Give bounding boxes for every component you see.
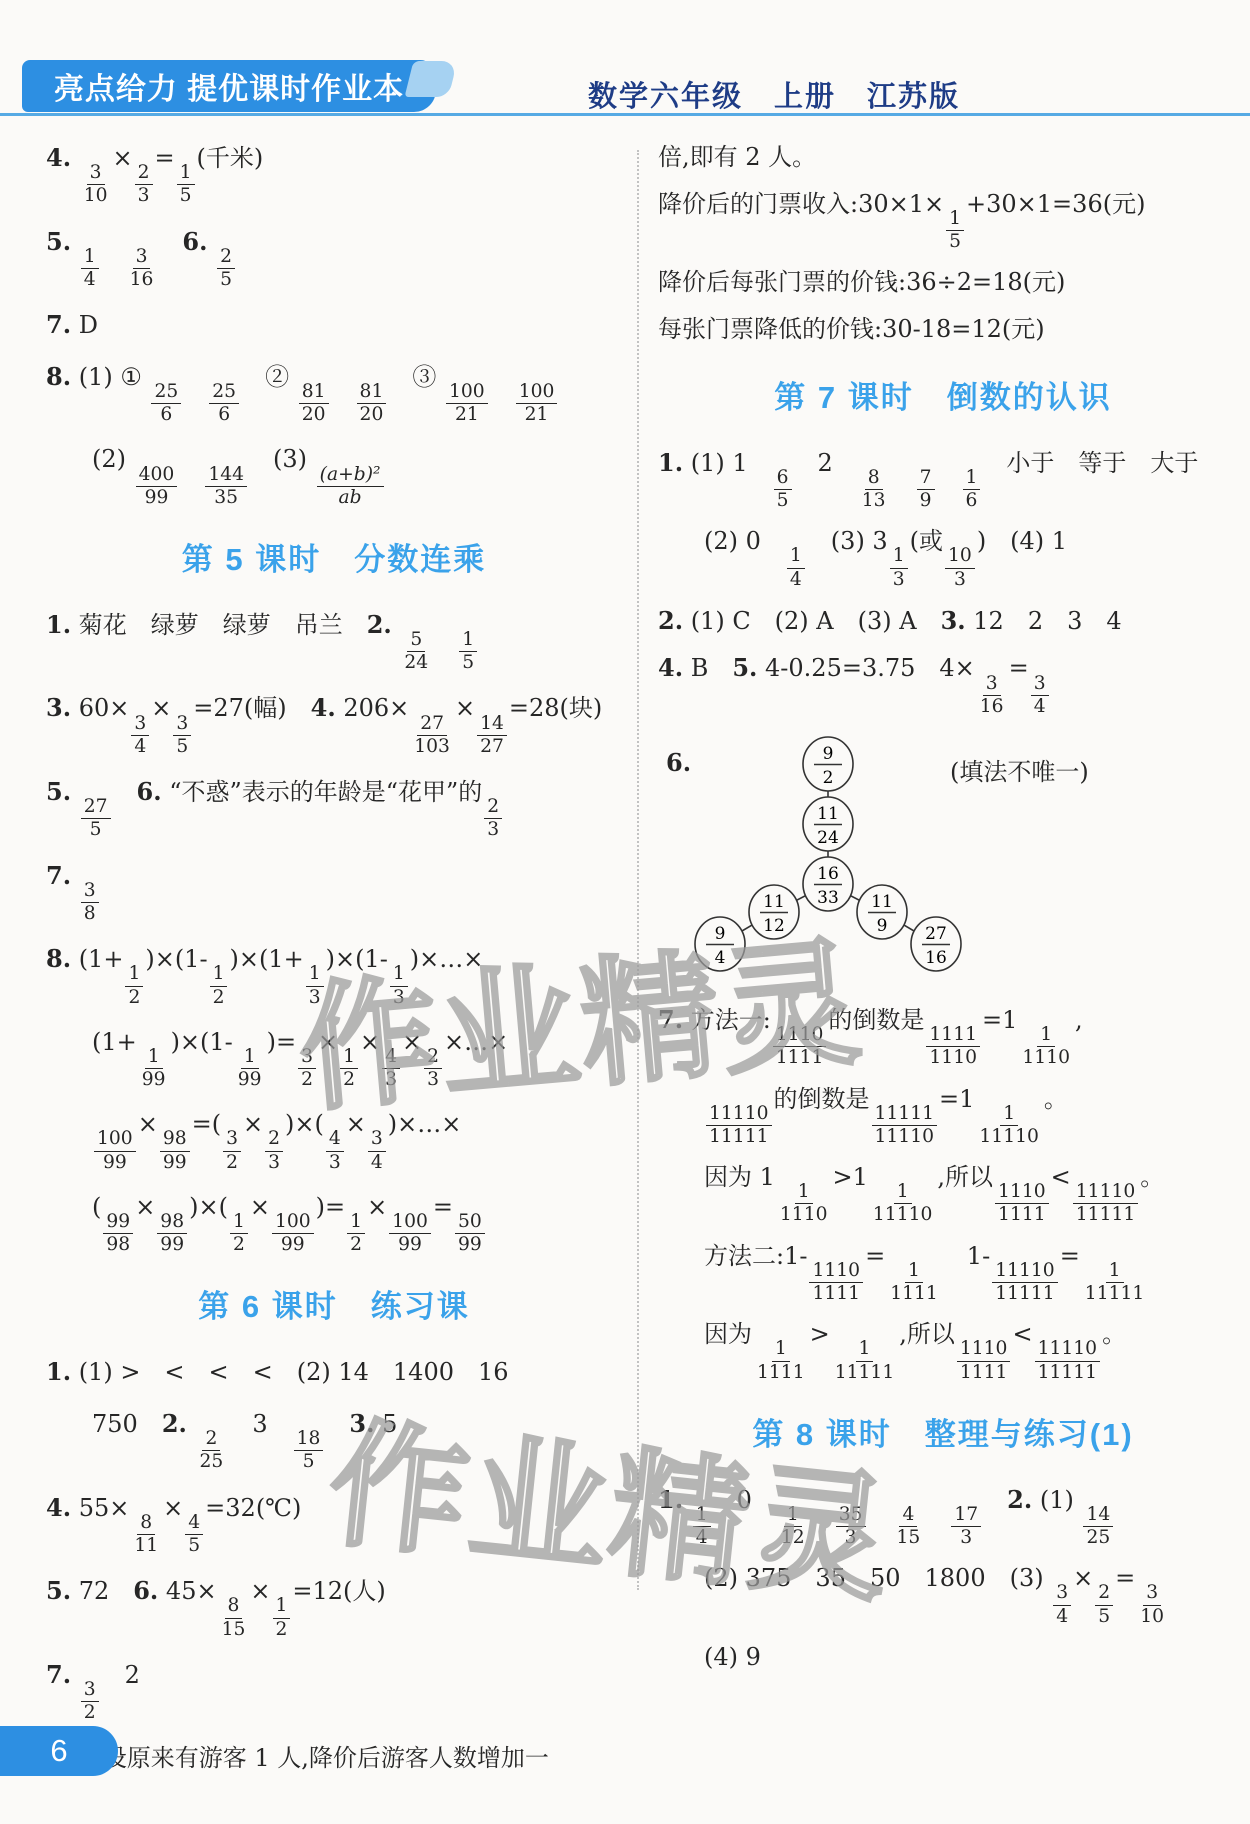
- fraction: 111111: [1082, 1261, 1148, 1304]
- answer-line: 1. (1) > < < < (2) 14 1400 16: [46, 1356, 622, 1389]
- answer-line: 750 2. 225 3 185 3. 5: [46, 1408, 622, 1473]
- answer-line: 4. B 5. 4-0.25=3.75 4×316=34: [658, 652, 1228, 717]
- fraction: 12: [340, 1047, 358, 1090]
- fraction: 32: [81, 1680, 99, 1723]
- item-number: 6.: [182, 227, 207, 256]
- tree-node: 92: [803, 737, 853, 791]
- fraction: 11101111: [957, 1339, 1011, 1382]
- answer-line: (9998×9899)×(12×10099)=12×10099=5099: [46, 1192, 622, 1256]
- item-number: 1.: [46, 610, 71, 639]
- fraction: 34: [1031, 674, 1049, 717]
- fraction: 23: [265, 1129, 283, 1172]
- answer-section: 1. 14 0 112 353 415 173 2. (1) 1425(2) 3…: [658, 1484, 1228, 1674]
- fraction: 43: [326, 1129, 344, 1172]
- section-heading: 第 5 课时 分数连乘: [46, 534, 622, 579]
- answer-line: 7. D: [46, 309, 622, 342]
- answer-line: 5. 14 316 6. 25: [46, 226, 622, 291]
- fraction: 9899: [160, 1129, 190, 1172]
- fraction: 316: [977, 674, 1007, 717]
- svg-text:16: 16: [817, 864, 839, 884]
- svg-text:4: 4: [715, 948, 726, 968]
- edition-title: 数学六年级 上册 江苏版: [588, 74, 960, 115]
- item-number: 7.: [46, 310, 71, 339]
- svg-text:27: 27: [925, 924, 947, 944]
- answer-line: 5. 275 6. “不惑”表示的年龄是“花甲”的23: [46, 776, 622, 841]
- fraction: 353: [836, 1505, 866, 1548]
- answer-line: 7. 方法一:11101111的倒数是11111110=111110,: [658, 1004, 1228, 1069]
- fraction: 79: [917, 468, 935, 511]
- section-heading: 第 7 课时 倒数的认识: [658, 372, 1228, 417]
- fraction: 813: [859, 468, 889, 511]
- fraction: 310: [81, 163, 111, 206]
- right-column: 倍,即有 2 人。降价后的门票收入:30×1×15+30×1=36(元)降价后每…: [658, 142, 1228, 1689]
- fraction: 310: [1137, 1583, 1167, 1626]
- answer-line: 倍,即有 2 人。: [658, 142, 1228, 174]
- item-number: 8.: [46, 944, 71, 973]
- fraction: 12: [347, 1212, 365, 1255]
- fraction: 111110: [870, 1182, 936, 1225]
- answer-line: 10099×9899=(32×23)×(43×34)×…×: [46, 1109, 622, 1173]
- fraction: 199: [139, 1047, 169, 1090]
- fraction: 11110: [777, 1182, 831, 1225]
- fraction: 27103: [411, 714, 453, 757]
- item-number: 3.: [941, 606, 966, 635]
- fraction: 8120: [357, 382, 387, 425]
- fraction: 199: [235, 1047, 265, 1090]
- fraction: 25: [217, 247, 235, 290]
- fraction: 34: [131, 714, 149, 757]
- fraction: 173: [951, 1505, 981, 1548]
- svg-text:9: 9: [823, 744, 834, 764]
- page-number-badge: 6: [0, 1726, 118, 1776]
- answer-line: 8. (1) ① 256 256 ② 8120 8120 ③ 10021 100…: [46, 361, 622, 426]
- svg-text:2: 2: [823, 768, 834, 788]
- tree-node: 1633: [803, 857, 853, 911]
- fraction: 43: [382, 1047, 400, 1090]
- item-number: 3.: [349, 1409, 374, 1438]
- item-number: 1.: [658, 1485, 683, 1514]
- item-number: 2.: [658, 606, 683, 635]
- fraction: 15: [946, 209, 964, 252]
- item-number: 5.: [732, 653, 757, 682]
- fraction: 14435: [205, 465, 247, 508]
- fraction: 14: [693, 1505, 711, 1548]
- item-number: 4.: [46, 1493, 71, 1522]
- item-number: 5.: [46, 777, 71, 806]
- fraction: 34: [368, 1129, 386, 1172]
- fraction: 524: [401, 630, 431, 673]
- answer-line: 因为11111>111111,所以11101111<1111011111。: [658, 1319, 1228, 1383]
- fraction: 25: [1095, 1583, 1113, 1626]
- fraction: 15: [459, 630, 477, 673]
- fraction: 10021: [446, 382, 488, 425]
- fraction: (a+b)²ab: [317, 465, 384, 508]
- page-number: 6: [50, 1733, 67, 1769]
- fraction: 5099: [455, 1212, 485, 1255]
- fraction: 10021: [516, 382, 558, 425]
- answer-line: 5. 72 6. 45×815×12=12(人): [46, 1575, 622, 1640]
- svg-text:11: 11: [763, 892, 785, 912]
- item-number: 8.: [46, 362, 71, 391]
- answer-section: 1. (1) 1 65 2 813 79 16 小于 等于 大于(2) 0 14…: [658, 447, 1228, 717]
- item-number: 3.: [46, 693, 71, 722]
- fraction: 14: [787, 546, 805, 589]
- fraction: 38: [81, 881, 99, 924]
- answer-section: 倍,即有 2 人。降价后的门票收入:30×1×15+30×1=36(元)降价后每…: [658, 142, 1228, 346]
- tree-node: 119: [857, 885, 907, 939]
- answer-line: 降价后每张门票的价钱:36÷2=18(元): [658, 267, 1228, 299]
- fraction: 185: [294, 1429, 324, 1472]
- answer-line: 3. 60×34×35=27(幅) 4. 206×27103×1427=28(块…: [46, 692, 622, 757]
- answer-line: 8. (1+12)×(1-12)×(1+13)×(1-13)×…×: [46, 943, 622, 1008]
- fraction: 23: [484, 797, 502, 840]
- item-number: 2.: [1007, 1485, 1032, 1514]
- answer-section: 7. 方法一:11101111的倒数是11111110=111110,11110…: [658, 1004, 1228, 1383]
- fraction: 1111011111: [1035, 1339, 1101, 1382]
- fraction: 11101111: [773, 1025, 827, 1068]
- fraction: 11111: [754, 1339, 808, 1382]
- fraction: 65: [774, 468, 792, 511]
- fraction: 11111: [887, 1261, 941, 1304]
- fraction: 1111011111: [1073, 1182, 1139, 1225]
- item-number: 2.: [162, 1409, 187, 1438]
- fraction: 10099: [272, 1212, 314, 1255]
- fraction: 103: [945, 546, 975, 589]
- item-number: 7.: [46, 1660, 71, 1689]
- fraction: 1425: [1083, 1505, 1113, 1548]
- answer-line: 2. (1) C (2) A (3) A 3. 12 2 3 4: [658, 605, 1228, 638]
- answer-line: 8. 假设原来有游客 1 人,降价后游客人数增加一: [46, 1742, 622, 1775]
- section-heading: 第 6 课时 练习课: [46, 1281, 622, 1326]
- fraction: 275: [81, 797, 111, 840]
- fraction: 45: [185, 1513, 203, 1556]
- fraction: 8120: [299, 382, 329, 425]
- fraction: 1427: [477, 714, 507, 757]
- fraction: 10099: [94, 1129, 136, 1172]
- tree-node: 1112: [749, 885, 799, 939]
- fraction: 112: [778, 1505, 808, 1548]
- answer-line: (2) 375 35 50 1800 (3) 34×25=310: [658, 1563, 1228, 1627]
- fraction: 40099: [136, 465, 178, 508]
- item-number: 4.: [658, 653, 683, 682]
- column-divider: [637, 150, 639, 1590]
- answer-line: 4. 310×23=15(千米): [46, 142, 622, 207]
- svg-text:9: 9: [715, 924, 726, 944]
- answer-line: 4. 55×811×45=32(℃): [46, 1492, 622, 1557]
- fraction: 11110: [1019, 1025, 1073, 1068]
- fraction: 316: [127, 247, 157, 290]
- svg-text:11: 11: [817, 804, 839, 824]
- fraction: 111111: [832, 1339, 898, 1382]
- fraction: 811: [131, 1513, 161, 1556]
- answer-line: 7. 38: [46, 860, 622, 925]
- fraction: 13: [306, 964, 324, 1007]
- answer-line: (1+199)×(1-199)=32×12×43×23×…×: [46, 1027, 622, 1091]
- item-number: 1.: [46, 1357, 71, 1386]
- workbook-answer-page: 亮点给力 提优课时作业本 数学六年级 上册 江苏版 4. 310×23=15(千…: [0, 0, 1250, 1824]
- fraction: 32: [298, 1047, 316, 1090]
- fraction: 34: [1053, 1583, 1071, 1626]
- fraction: 15: [177, 163, 195, 206]
- fraction: 12: [273, 1596, 291, 1639]
- item-number: 5.: [46, 227, 71, 256]
- fraction: 111110: [976, 1104, 1042, 1147]
- item-number: 1.: [658, 448, 683, 477]
- fraction: 1111011111: [706, 1104, 772, 1147]
- answer-line: 方法二:1-11101111=11111 1-1111011111=111111: [658, 1241, 1228, 1305]
- fraction: 23: [135, 163, 153, 206]
- fraction: 13: [890, 546, 908, 589]
- answer-line: 1. 菊花 绿萝 绿萝 吊兰 2. 524 15: [46, 609, 622, 674]
- fraction: 12: [125, 964, 143, 1007]
- fraction: 815: [219, 1596, 249, 1639]
- answer-section: 1. (1) > < < < (2) 14 1400 16750 2. 225 …: [46, 1356, 622, 1775]
- answer-line: 7. 32 2: [46, 1659, 622, 1724]
- tree-node: 1124: [803, 797, 853, 851]
- item-number: 6.: [133, 1576, 158, 1605]
- fraction: 1111111110: [872, 1104, 938, 1147]
- answer-line: 1. (1) 1 65 2 813 79 16 小于 等于 大于: [658, 447, 1228, 512]
- reciprocal-tree-diagram: 92112416331112941192716: [690, 736, 975, 981]
- item-number: 7.: [658, 1005, 683, 1034]
- fraction: 12: [230, 1212, 248, 1255]
- reciprocal-tree-figure: 6.(填法不唯一)92112416331112941192716: [658, 732, 1228, 990]
- left-column: 4. 310×23=15(千米)5. 14 316 6. 257. D8. (1…: [46, 142, 622, 1794]
- item-number: 2.: [367, 610, 392, 639]
- item-number: 6.: [666, 748, 691, 777]
- header-rule: [0, 113, 1250, 116]
- svg-text:11: 11: [871, 892, 893, 912]
- fraction: 225: [197, 1429, 227, 1472]
- fraction: 16: [963, 468, 981, 511]
- brand-banner: 亮点给力 提优课时作业本: [22, 60, 436, 112]
- fraction: 12: [210, 964, 228, 1007]
- answer-line: 因为 111110>1111110,所以11101111<1111011111。: [658, 1162, 1228, 1226]
- fraction: 23: [424, 1047, 442, 1090]
- answer-line: 1111011111的倒数是1111111110=1111110。: [658, 1084, 1228, 1148]
- answer-line: 每张门票降低的价钱:30-18=12(元): [658, 314, 1228, 346]
- tree-node: 94: [695, 917, 745, 971]
- item-number: 7.: [46, 861, 71, 890]
- svg-text:9: 9: [877, 916, 888, 936]
- item-number: 4.: [311, 693, 336, 722]
- fraction: 256: [209, 382, 239, 425]
- fraction: 9998: [103, 1212, 133, 1255]
- fraction: 10099: [389, 1212, 431, 1255]
- fraction: 415: [894, 1505, 924, 1548]
- answer-line: 1. 14 0 112 353 415 173 2. (1) 1425: [658, 1484, 1228, 1549]
- fraction: 35: [173, 714, 191, 757]
- answer-line: (4) 9: [658, 1642, 1228, 1674]
- svg-text:12: 12: [763, 916, 785, 936]
- brand-banner-title: 亮点给力 提优课时作业本: [54, 64, 404, 108]
- answer-line: (2) 0 14 (3) 313(或103) (4) 1: [658, 526, 1228, 590]
- item-number: 4.: [46, 143, 71, 172]
- item-number: 6.: [137, 777, 162, 806]
- answer-line: (2) 40099 14435 (3) (a+b)²ab: [46, 444, 622, 508]
- section-heading: 第 8 课时 整理与练习(1): [658, 1409, 1228, 1454]
- fraction: 13: [390, 964, 408, 1007]
- svg-text:24: 24: [817, 828, 839, 848]
- fraction: 11101111: [995, 1182, 1049, 1225]
- fraction: 14: [81, 247, 99, 290]
- answer-section: 1. 菊花 绿萝 绿萝 吊兰 2. 524 153. 60×34×35=27(幅…: [46, 609, 622, 1256]
- answer-section: 4. 310×23=15(千米)5. 14 316 6. 257. D8. (1…: [46, 142, 622, 508]
- item-number: 5.: [46, 1576, 71, 1605]
- fraction: 32: [223, 1129, 241, 1172]
- answer-line: 降价后的门票收入:30×1×15+30×1=36(元): [658, 189, 1228, 253]
- fraction: 1111011111: [992, 1261, 1058, 1304]
- fraction: 9899: [157, 1212, 187, 1255]
- fraction: 11111110: [926, 1025, 980, 1068]
- fraction: 11101111: [809, 1261, 863, 1304]
- svg-text:16: 16: [925, 948, 947, 968]
- tree-node: 2716: [911, 917, 961, 971]
- svg-text:33: 33: [817, 888, 839, 908]
- fraction: 256: [151, 382, 181, 425]
